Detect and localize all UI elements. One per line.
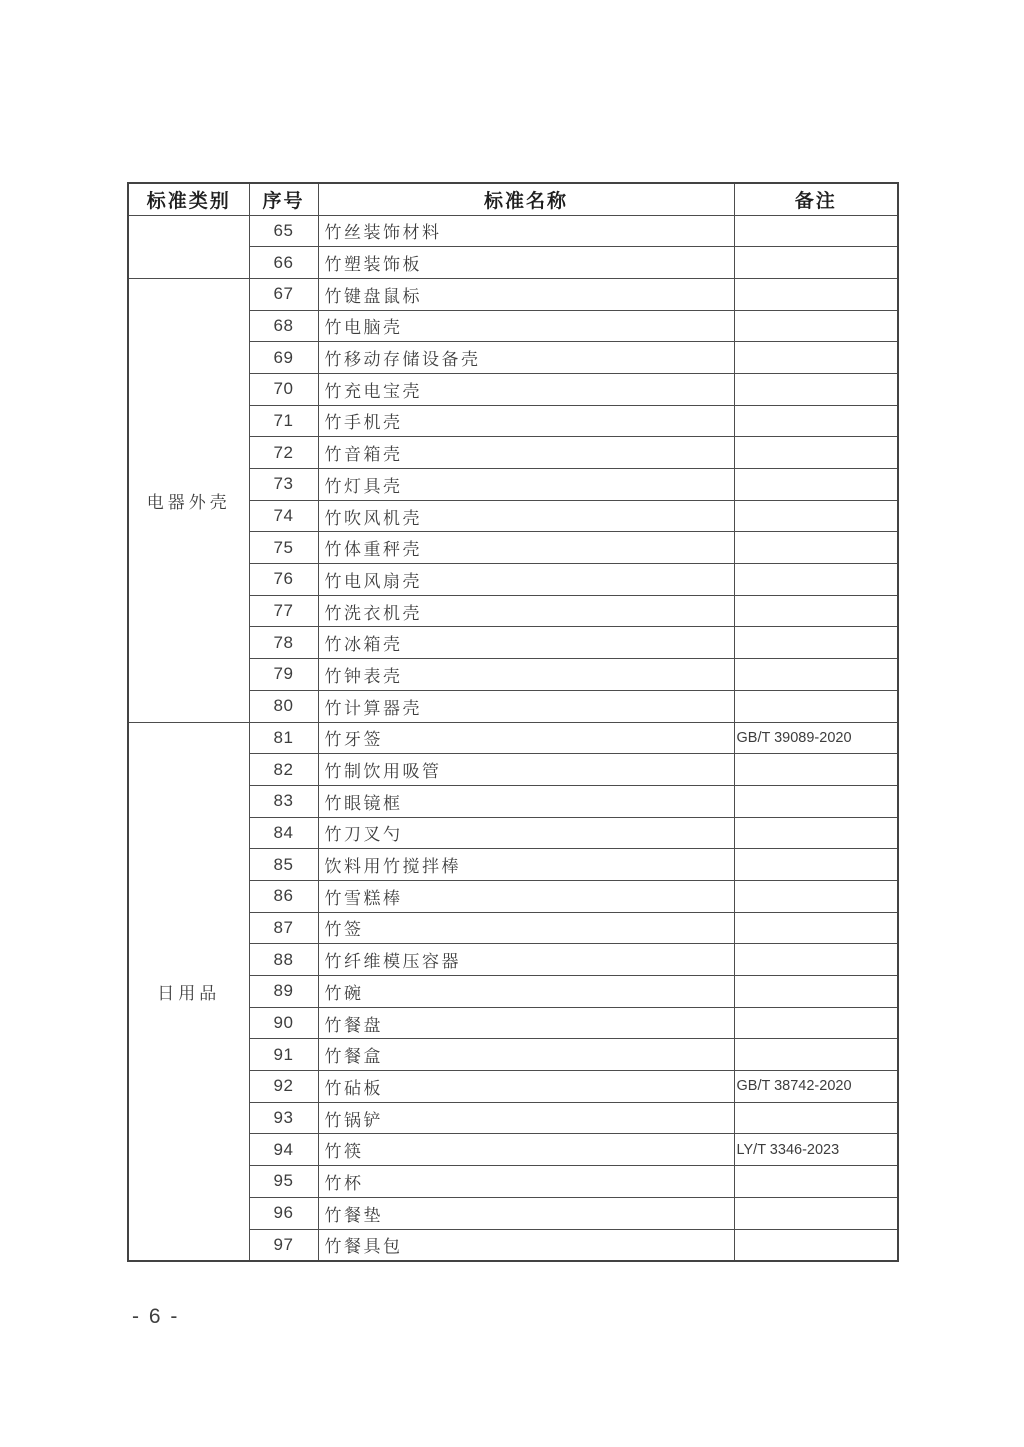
remark-cell: [734, 944, 898, 976]
name-cell: 竹计算器壳: [318, 690, 734, 722]
remark-cell: [734, 912, 898, 944]
name-cell: 竹钟表壳: [318, 659, 734, 691]
remark-cell: [734, 437, 898, 469]
name-cell: 竹雪糕棒: [318, 880, 734, 912]
name-cell: 竹签: [318, 912, 734, 944]
name-cell: 竹眼镜框: [318, 785, 734, 817]
name-cell: 饮料用竹搅拌棒: [318, 849, 734, 881]
serial-cell: 75: [249, 532, 318, 564]
serial-cell: 68: [249, 310, 318, 342]
remark-cell: [734, 532, 898, 564]
serial-cell: 92: [249, 1071, 318, 1103]
name-cell: 竹砧板: [318, 1071, 734, 1103]
remark-cell: [734, 500, 898, 532]
serial-cell: 95: [249, 1166, 318, 1198]
serial-cell: 89: [249, 976, 318, 1008]
serial-cell: 97: [249, 1229, 318, 1261]
standards-table: 标准类别 序号 标准名称 备注 65竹丝装饰材料66竹塑装饰板电器外壳67竹键盘…: [127, 182, 899, 1262]
remark-cell: [734, 627, 898, 659]
name-cell: 竹碗: [318, 976, 734, 1008]
name-cell: 竹纤维模压容器: [318, 944, 734, 976]
category-cell: 日用品: [128, 722, 249, 1261]
table-row: 日用品81竹牙签GB/T 39089-2020: [128, 722, 898, 754]
serial-cell: 78: [249, 627, 318, 659]
table-body: 65竹丝装饰材料66竹塑装饰板电器外壳67竹键盘鼠标68竹电脑壳69竹移动存储设…: [128, 215, 898, 1261]
remark-cell: [734, 880, 898, 912]
remark-cell: [734, 754, 898, 786]
serial-cell: 71: [249, 405, 318, 437]
remark-cell: [734, 342, 898, 374]
name-cell: 竹充电宝壳: [318, 373, 734, 405]
remark-cell: [734, 405, 898, 437]
name-cell: 竹杯: [318, 1166, 734, 1198]
remark-cell: [734, 215, 898, 247]
serial-cell: 77: [249, 595, 318, 627]
remark-cell: [734, 310, 898, 342]
name-cell: 竹手机壳: [318, 405, 734, 437]
serial-cell: 66: [249, 247, 318, 279]
serial-cell: 90: [249, 1007, 318, 1039]
header-row: 标准类别 序号 标准名称 备注: [128, 183, 898, 215]
table-row: 电器外壳67竹键盘鼠标: [128, 278, 898, 310]
header-serial: 序号: [249, 183, 318, 215]
name-cell: 竹音箱壳: [318, 437, 734, 469]
serial-cell: 85: [249, 849, 318, 881]
serial-cell: 65: [249, 215, 318, 247]
remark-cell: [734, 1229, 898, 1261]
name-cell: 竹锅铲: [318, 1102, 734, 1134]
remark-cell: [734, 1197, 898, 1229]
serial-cell: 80: [249, 690, 318, 722]
name-cell: 竹制饮用吸管: [318, 754, 734, 786]
remark-cell: [734, 373, 898, 405]
serial-cell: 91: [249, 1039, 318, 1071]
name-cell: 竹灯具壳: [318, 469, 734, 501]
remark-cell: LY/T 3346-2023: [734, 1134, 898, 1166]
remark-cell: [734, 1102, 898, 1134]
name-cell: 竹键盘鼠标: [318, 278, 734, 310]
serial-cell: 86: [249, 880, 318, 912]
remark-cell: [734, 469, 898, 501]
name-cell: 竹移动存储设备壳: [318, 342, 734, 374]
name-cell: 竹冰箱壳: [318, 627, 734, 659]
remark-cell: [734, 1007, 898, 1039]
name-cell: 竹牙签: [318, 722, 734, 754]
serial-cell: 69: [249, 342, 318, 374]
header-category: 标准类别: [128, 183, 249, 215]
serial-cell: 81: [249, 722, 318, 754]
serial-cell: 74: [249, 500, 318, 532]
header-remark: 备注: [734, 183, 898, 215]
remark-cell: [734, 247, 898, 279]
remark-cell: [734, 817, 898, 849]
category-cell: [128, 215, 249, 278]
remark-cell: [734, 659, 898, 691]
header-standard-name: 标准名称: [318, 183, 734, 215]
serial-cell: 84: [249, 817, 318, 849]
name-cell: 竹电脑壳: [318, 310, 734, 342]
serial-cell: 83: [249, 785, 318, 817]
remark-cell: [734, 976, 898, 1008]
remark-cell: [734, 278, 898, 310]
remark-cell: [734, 785, 898, 817]
name-cell: 竹刀叉勺: [318, 817, 734, 849]
name-cell: 竹筷: [318, 1134, 734, 1166]
name-cell: 竹洗衣机壳: [318, 595, 734, 627]
name-cell: 竹餐具包: [318, 1229, 734, 1261]
serial-cell: 96: [249, 1197, 318, 1229]
serial-cell: 70: [249, 373, 318, 405]
name-cell: 竹餐盘: [318, 1007, 734, 1039]
name-cell: 竹餐盒: [318, 1039, 734, 1071]
serial-cell: 87: [249, 912, 318, 944]
remark-cell: [734, 1039, 898, 1071]
name-cell: 竹塑装饰板: [318, 247, 734, 279]
remark-cell: [734, 849, 898, 881]
serial-cell: 73: [249, 469, 318, 501]
serial-cell: 94: [249, 1134, 318, 1166]
remark-cell: [734, 690, 898, 722]
remark-cell: [734, 564, 898, 596]
remark-cell: [734, 595, 898, 627]
name-cell: 竹电风扇壳: [318, 564, 734, 596]
category-cell: 电器外壳: [128, 278, 249, 722]
serial-cell: 72: [249, 437, 318, 469]
serial-cell: 82: [249, 754, 318, 786]
document-page: 标准类别 序号 标准名称 备注 65竹丝装饰材料66竹塑装饰板电器外壳67竹键盘…: [0, 0, 1024, 1447]
serial-cell: 67: [249, 278, 318, 310]
table-header: 标准类别 序号 标准名称 备注: [128, 183, 898, 215]
table-row: 65竹丝装饰材料: [128, 215, 898, 247]
serial-cell: 93: [249, 1102, 318, 1134]
name-cell: 竹丝装饰材料: [318, 215, 734, 247]
name-cell: 竹体重秤壳: [318, 532, 734, 564]
remark-cell: GB/T 39089-2020: [734, 722, 898, 754]
serial-cell: 88: [249, 944, 318, 976]
serial-cell: 76: [249, 564, 318, 596]
serial-cell: 79: [249, 659, 318, 691]
name-cell: 竹餐垫: [318, 1197, 734, 1229]
remark-cell: [734, 1166, 898, 1198]
name-cell: 竹吹风机壳: [318, 500, 734, 532]
page-number: - 6 -: [132, 1305, 179, 1329]
remark-cell: GB/T 38742-2020: [734, 1071, 898, 1103]
